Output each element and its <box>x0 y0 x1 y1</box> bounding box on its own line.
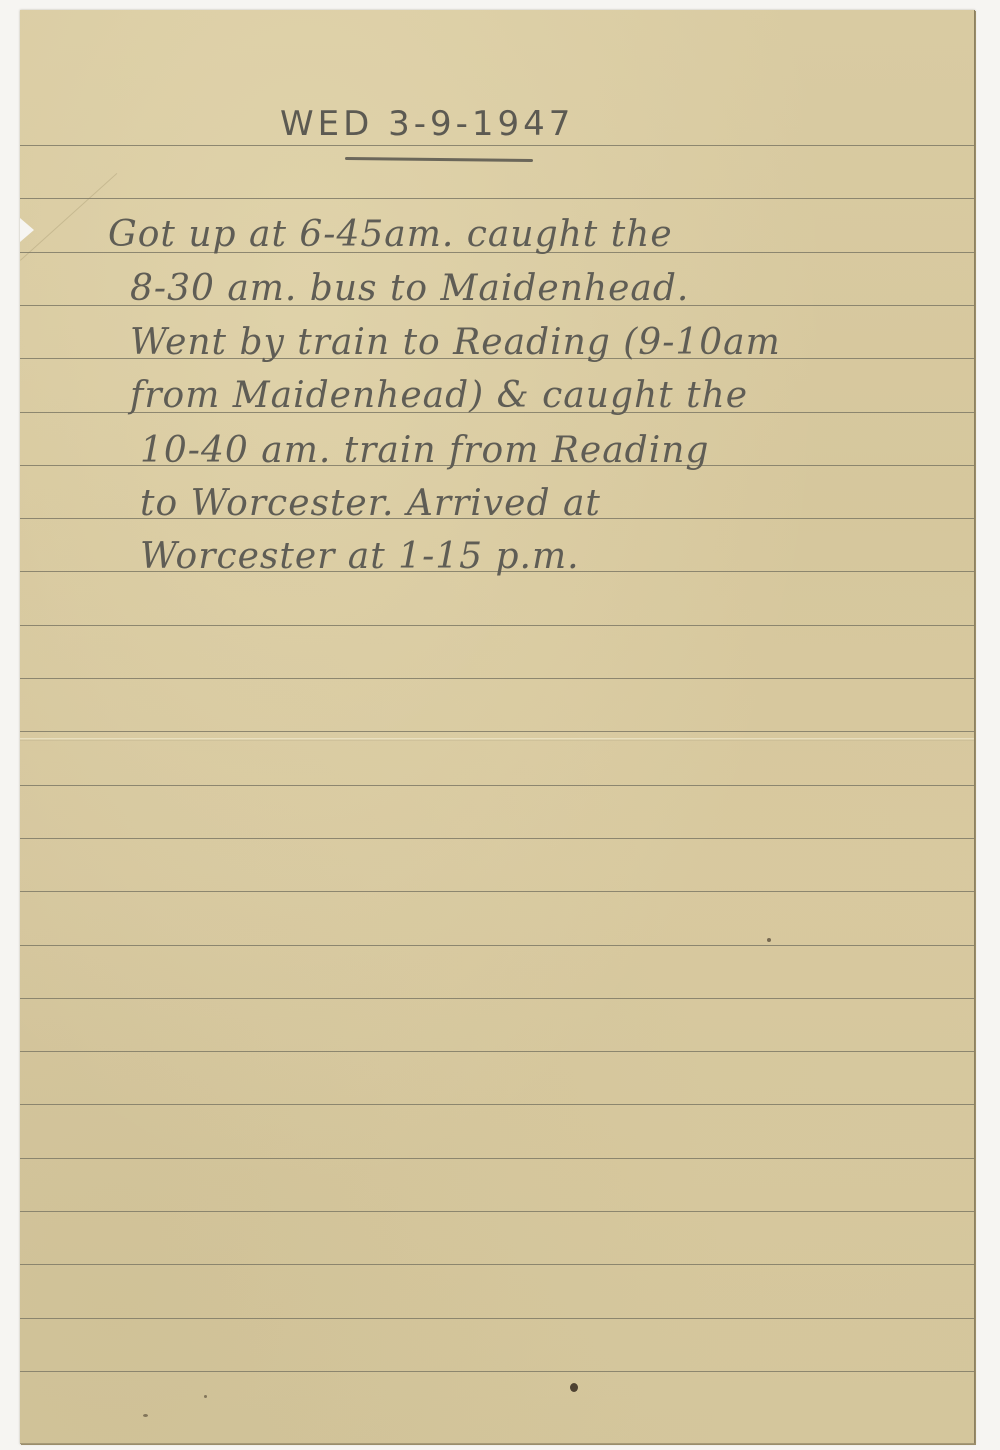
ink-speck <box>767 938 771 942</box>
ruled-line <box>20 1104 974 1105</box>
ruled-line <box>20 731 974 732</box>
entry-line-2: 8-30 am. bus to Maidenhead. <box>130 268 689 309</box>
entry-line-3: Went by train to Reading (9-10am <box>130 322 781 363</box>
ruled-line <box>20 1158 974 1159</box>
ruled-line <box>20 1371 974 1372</box>
paper-tear-notch <box>20 218 34 242</box>
entry-line-6: to Worcester. Arrived at <box>140 483 601 524</box>
ruled-line <box>20 945 974 946</box>
ruled-line <box>20 785 974 786</box>
ruled-line <box>20 838 974 839</box>
scanned-document: WED 3-9-1947 Got up at 6-45am. caught th… <box>0 0 1000 1450</box>
ruled-line <box>20 625 974 626</box>
entry-line-1: Got up at 6-45am. caught the <box>108 214 673 255</box>
ruled-line <box>20 1211 974 1212</box>
ruled-line <box>20 998 974 999</box>
ruled-line <box>20 1264 974 1265</box>
ruled-line <box>20 891 974 892</box>
entry-line-5: 10-40 am. train from Reading <box>140 430 709 471</box>
ruled-line <box>20 1318 974 1319</box>
entry-line-4: from Maidenhead) & caught the <box>130 375 748 416</box>
ruled-line <box>20 1051 974 1052</box>
paper-fold <box>20 738 974 741</box>
ruled-line <box>20 145 974 146</box>
ink-speck <box>204 1395 207 1398</box>
entry-line-7: Worcester at 1-15 p.m. <box>140 536 580 577</box>
ruled-line <box>20 198 974 199</box>
ink-speck <box>143 1414 148 1417</box>
ink-speck <box>570 1383 578 1392</box>
ruled-line <box>20 678 974 679</box>
diary-date-heading: WED 3-9-1947 <box>280 104 574 144</box>
